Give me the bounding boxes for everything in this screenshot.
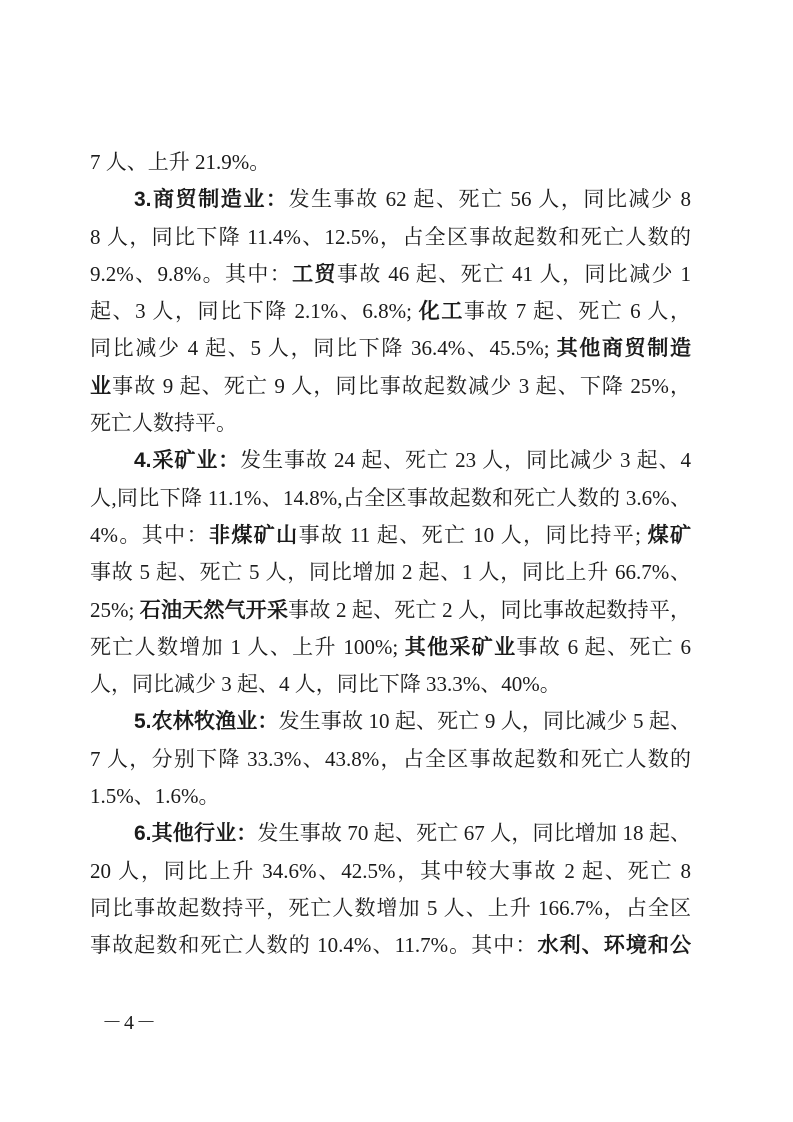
text-run: 死亡人数增加 1 人、上升 100%; xyxy=(90,635,405,659)
text-line: 8 人，同比下降 11.4%、12.5%，占全区事故起数和死亡人数的 xyxy=(90,219,691,256)
text-run: 4%。其中： xyxy=(90,523,209,547)
text-run: 事故 6 起、死亡 6 xyxy=(516,635,691,659)
page-number: －4－ xyxy=(102,1006,158,1035)
text-run: 发生事故 10 起、死亡 9 人，同比减少 5 起、 xyxy=(279,709,691,733)
document-page: 7 人、上升 21.9%。3.商贸制造业：发生事故 62 起、死亡 56 人，同… xyxy=(0,0,793,1122)
text-line: 7 人，分别下降 33.3%、43.8%，占全区事故起数和死亡人数的 xyxy=(90,741,691,778)
text-run: 1.5%、1.6%。 xyxy=(90,784,220,808)
bold-text-run: 水利、环境和公 xyxy=(537,934,691,957)
text-line: 人,同比下降 11.1%、14.8%,占全区事故起数和死亡人数的 3.6%、 xyxy=(90,480,691,517)
text-run: 人,同比下降 11.1%、14.8%,占全区事故起数和死亡人数的 3.6%、 xyxy=(90,486,691,510)
bold-text-run: 煤矿 xyxy=(648,524,691,547)
text-run: 发生事故 70 起、死亡 67 人，同比增加 18 起、 xyxy=(257,821,691,845)
text-line: 20 人，同比上升 34.6%、42.5%，其中较大事故 2 起、死亡 8 人， xyxy=(90,853,691,890)
text-run: 事故 46 起、死亡 41 人，同比减少 1 xyxy=(337,262,691,286)
text-line: 3.商贸制造业：发生事故 62 起、死亡 56 人，同比减少 8 起、 xyxy=(90,181,691,218)
text-run: 事故 7 起、死亡 6 人， xyxy=(464,299,691,323)
bold-text-run: 4.采矿业： xyxy=(134,449,240,472)
bold-text-run: 5.农林牧渔业： xyxy=(134,710,279,733)
text-run: 20 人，同比上升 34.6%、42.5%，其中较大事故 2 起、死亡 8 人， xyxy=(90,859,691,890)
bold-text-run: 其他商贸制造 xyxy=(557,337,691,360)
text-run: 起、3 人，同比下降 2.1%、6.8%; xyxy=(90,299,419,323)
text-run: 人，同比减少 3 起、4 人，同比下降 33.3%、40%。 xyxy=(90,672,561,696)
text-line: 4.采矿业：发生事故 24 起、死亡 23 人，同比减少 3 起、4 xyxy=(90,442,691,479)
bold-text-run: 工贸 xyxy=(292,263,337,286)
text-line: 1.5%、1.6%。 xyxy=(90,778,691,815)
text-line: 4%。其中：非煤矿山事故 11 起、死亡 10 人，同比持平; 煤矿 xyxy=(90,517,691,554)
text-line: 事故起数和死亡人数的 10.4%、11.7%。其中：水利、环境和公 xyxy=(90,927,691,964)
text-line: 同比减少 4 起、5 人，同比下降 36.4%、45.5%; 其他商贸制造 xyxy=(90,330,691,367)
text-run: 事故 11 起、死亡 10 人，同比持平; xyxy=(299,523,648,547)
text-run: 死亡人数持平。 xyxy=(90,411,237,435)
text-line: 25%; 石油天然气开采事故 2 起、死亡 2 人，同比事故起数持平， xyxy=(90,592,691,629)
bold-text-run: 业 xyxy=(90,375,112,398)
text-line: 6.其他行业：发生事故 70 起、死亡 67 人，同比增加 18 起、 xyxy=(90,815,691,852)
text-line: 同比事故起数持平，死亡人数增加 5 人、上升 166.7%，占全区 xyxy=(90,890,691,927)
text-line: 死亡人数持平。 xyxy=(90,405,691,442)
bold-text-run: 6.其他行业： xyxy=(134,822,257,845)
text-run: 7 人，分别下降 33.3%、43.8%，占全区事故起数和死亡人数的 xyxy=(90,747,691,771)
text-line: 业事故 9 起、死亡 9 人，同比事故起数减少 3 起、下降 25%， xyxy=(90,368,691,405)
text-line: 9.2%、9.8%。其中：工贸事故 46 起、死亡 41 人，同比减少 1 xyxy=(90,256,691,293)
bold-text-run: 石油天然气开采 xyxy=(140,599,288,622)
text-line: 人，同比减少 3 起、4 人，同比下降 33.3%、40%。 xyxy=(90,666,691,703)
text-line: 死亡人数增加 1 人、上升 100%; 其他采矿业事故 6 起、死亡 6 xyxy=(90,629,691,666)
text-run: 事故 2 起、死亡 2 人，同比事故起数持平， xyxy=(288,598,691,622)
text-line: 事故 5 起、死亡 5 人，同比增加 2 起、1 人，同比上升 66.7%、 xyxy=(90,554,691,591)
text-run: 同比事故起数持平，死亡人数增加 5 人、上升 166.7%，占全区 xyxy=(90,896,691,920)
text-line: 起、3 人，同比下降 2.1%、6.8%; 化工事故 7 起、死亡 6 人， xyxy=(90,293,691,330)
text-run: 8 人，同比下降 11.4%、12.5%，占全区事故起数和死亡人数的 xyxy=(90,225,691,249)
bold-text-run: 化工 xyxy=(419,300,464,323)
bold-text-run: 其他采矿业 xyxy=(405,636,517,659)
text-line: 7 人、上升 21.9%。 xyxy=(90,144,691,181)
text-run: 发生事故 24 起、死亡 23 人，同比减少 3 起、4 xyxy=(240,448,691,472)
document-body: 7 人、上升 21.9%。3.商贸制造业：发生事故 62 起、死亡 56 人，同… xyxy=(90,144,691,965)
text-run: 同比减少 4 起、5 人，同比下降 36.4%、45.5%; xyxy=(90,336,557,360)
text-run: 7 人、上升 21.9%。 xyxy=(90,150,270,174)
text-run: 事故 9 起、死亡 9 人，同比事故起数减少 3 起、下降 25%， xyxy=(112,374,691,398)
text-run: 9.2%、9.8%。其中： xyxy=(90,262,292,286)
text-run: 25%; xyxy=(90,598,140,622)
bold-text-run: 非煤矿山 xyxy=(209,524,299,547)
bold-text-run: 3.商贸制造业： xyxy=(134,188,288,211)
text-run: 事故起数和死亡人数的 10.4%、11.7%。其中： xyxy=(90,933,537,957)
text-line: 5.农林牧渔业：发生事故 10 起、死亡 9 人，同比减少 5 起、 xyxy=(90,703,691,740)
text-run: 事故 5 起、死亡 5 人，同比增加 2 起、1 人，同比上升 66.7%、 xyxy=(90,560,691,584)
